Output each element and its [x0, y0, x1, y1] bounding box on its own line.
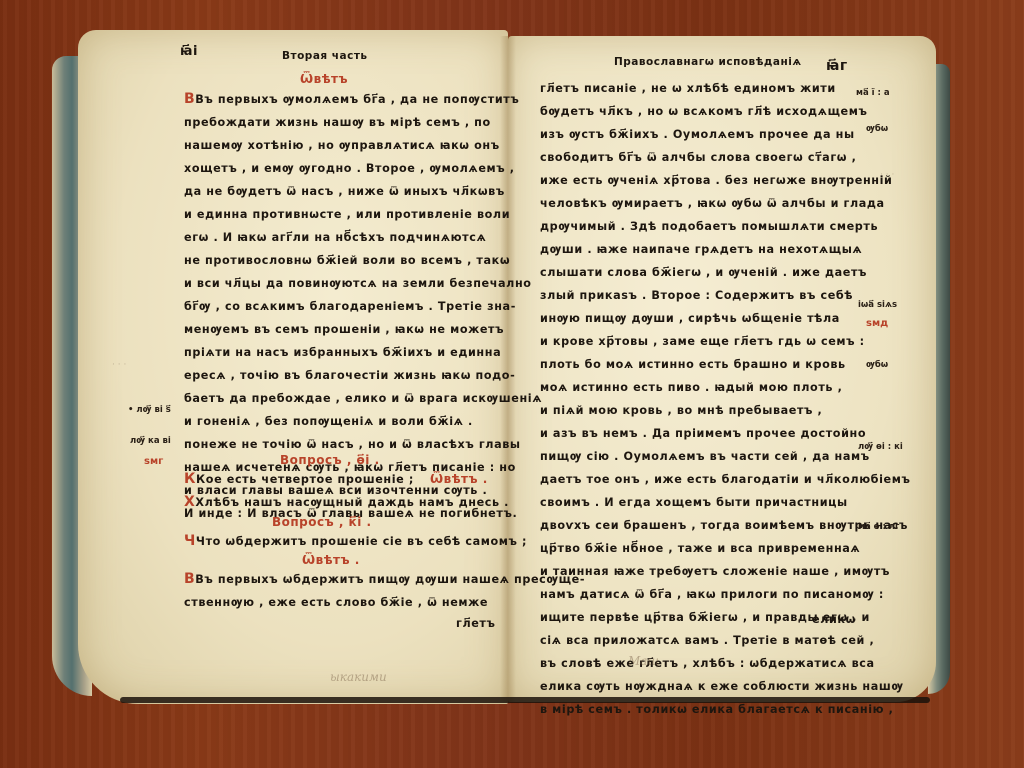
left-margin-note-red: ѕмг	[144, 456, 163, 467]
question-2-answer-rubric: Ѿвѣтъ .	[302, 553, 360, 567]
text-line: иже есть ѹченіѧ хр҃това . без негѡже внѹ…	[540, 169, 850, 192]
bleed-through-text: · · ·	[880, 170, 894, 180]
left-answer-rubric: Ѿвѣтъ	[300, 72, 348, 86]
text-line: егѡ . И ꙗкѡ агг҃ли на нб҃сѣхъ подчинѧютс…	[184, 226, 494, 249]
right-margin-note: ѹбѡ	[866, 124, 888, 134]
right-margin-note: лѹ҃ ѳі : кі	[858, 442, 903, 452]
right-catchword: еликѡ	[812, 608, 856, 631]
text-line: злый прикаѕъ . Второе : Содержитъ въ себ…	[540, 284, 850, 307]
text-line: пребождати жизнь нашѹ въ мірѣ семъ , по	[184, 111, 494, 134]
text-line: гл҃етъ писаніе , не ѡ хлѣбѣ единомъ жити	[540, 77, 850, 100]
question-1-rubric: Вопросъ , ѳ҃і .	[280, 453, 380, 467]
right-margin-note: ма҃ ѳ : лг	[858, 522, 899, 532]
text-line: даетъ тое онъ , иже есть благодатіи и чл…	[540, 468, 850, 491]
question-1-answer-rubric: Ѿвѣтъ .	[430, 472, 488, 486]
text-line: и таинная ꙗже требѹетъ сложеніе наше , и…	[540, 560, 850, 583]
text-line: сіѧ вса приложатсѧ вамъ . Третіе в матѳѣ…	[540, 629, 850, 652]
text-line: ственнѹю , еже есть слово бж҃іе , ѿ немж…	[184, 591, 585, 614]
text-line: инѹю пищѹ дѹши , сирѣчь ѡбщеніе тѣла	[540, 307, 850, 330]
text-line: плоть бо моѧ истинно есть брашно и кровь	[540, 353, 850, 376]
text-line: и вси чл҃цы да повинѹютсѧ на земли безпе…	[184, 272, 494, 295]
text-line: ересѧ , точію въ благочестіи жизнь ꙗкѡ п…	[184, 364, 494, 387]
right-margin-note: ма҃ ї : а	[856, 88, 890, 98]
right-page-text: гл҃етъ писаніе , не ѡ хлѣбѣ единомъ жити…	[540, 77, 850, 721]
text-line: двоѵхъ сеи брашенъ , тогда воимѣемъ внѹт…	[540, 514, 850, 537]
text-line: пищѹ сію . Оумолѧемъ въ части сей , да н…	[540, 445, 850, 468]
text-line: въ словѣ еже гл҃етъ , хлѣбъ : ѡбдержатис…	[540, 652, 850, 675]
text-line: хощетъ , и емѹ ѹгодно . Второе , ѹмолѧем…	[184, 157, 494, 180]
text-line: елика сѹть нѹжднаѧ к еже соблюсти жизнь …	[540, 675, 850, 698]
text-line: не противословнѡ бж҃іей воли во всемъ , …	[184, 249, 494, 272]
text-line: и единна противнѡсте , или противленіе в…	[184, 203, 494, 226]
question-2-rubric: Вопросъ , к҃і .	[272, 515, 372, 529]
left-pencil-note: ыкакими	[330, 670, 387, 684]
text-line: в мірѣ семъ . толикѡ елика благаетсѧ к п…	[540, 698, 850, 721]
text-line: менѹемъ въ семъ прошеніи , ꙗкѡ не можетъ	[184, 318, 494, 341]
text-line: дрѹчимый . Здѣ подобаетъ помышлѧти смерт…	[540, 215, 850, 238]
right-pencil-note: Мащ	[628, 654, 659, 668]
text-line: нашемѹ хотѣнію , но ѹправлѧтисѧ ꙗкѡ онъ	[184, 134, 494, 157]
right-margin-note: ѹбѡ	[866, 360, 888, 370]
text-line: намъ датисѧ ѿ бг҃а , ꙗкѡ прилоги по писа…	[540, 583, 850, 606]
left-folio-number: ꙗ҃і	[180, 44, 198, 59]
text-line: слышати слова бж҃іегѡ , и ѹченій . иже д…	[540, 261, 850, 284]
text-line: цр҃тво бж҃іе нб҃ное , таже и вса приврем…	[540, 537, 850, 560]
text-line: и крове хр҃товы , заме еще гл҃етъ гдь ѡ …	[540, 330, 850, 353]
text-line: изъ ѹстъ бж҃іихъ . Оумолѧемъ прочее да н…	[540, 123, 850, 146]
question-1-answer: ХХлѣбъ нашъ насѹщный даждь намъ днесь .	[184, 491, 509, 514]
text-line: бг҃ѹ , со всѧкимъ благодареніемъ . Треті…	[184, 295, 494, 318]
text-line: свободитъ бг҃ъ ѿ алчбы слова своегѡ ст҃а…	[540, 146, 850, 169]
right-margin-note-red: ѕмд	[866, 318, 888, 329]
text-line: пріѧти на насъ избранныхъ бж҃іихъ и един…	[184, 341, 494, 364]
text-line: и азъ въ немъ . Да пріимемъ прочее досто…	[540, 422, 850, 445]
text-line: своимъ . И егда хощемъ быти причастницы	[540, 491, 850, 514]
text-line: бѹдетъ чл҃къ , но ѡ всѧкомъ гл҃ѣ исходѧщ…	[540, 100, 850, 123]
text-line: да не бѹдетъ ѿ насъ , ниже ѿ иныхъ чл҃кѡ…	[184, 180, 494, 203]
left-catchword: гл҃етъ	[456, 612, 496, 635]
bleed-through-text: · · ·	[112, 360, 126, 370]
question-2-answer: ВВъ первыхъ ѡбдержитъ пищѹ дѹши нашеѧ пр…	[184, 568, 585, 614]
text-line: ВВъ первыхъ ѹмолѧемъ бг҃а , да не попѹст…	[184, 88, 494, 111]
text-line: и гоненіѧ , без попѹщеніѧ и воли бж҃іѧ .	[184, 410, 494, 433]
text-line: дѹши . ꙗже наипаче грѧдетъ на нехотѧщыѧ	[540, 238, 850, 261]
text-line: моѧ истинно есть пиво . ꙗдый мою плоть ,	[540, 376, 850, 399]
right-running-head: Православнагѡ исповѣданіѧ	[614, 56, 802, 68]
left-running-head: Вторая часть	[282, 50, 368, 62]
text-line: ВВъ первыхъ ѡбдержитъ пищѹ дѹши нашеѧ пр…	[184, 568, 585, 591]
text-line: баетъ да пребождае , елико и ѿ врага иск…	[184, 387, 494, 410]
right-folio-number: ꙗ҃г	[826, 58, 848, 74]
left-margin-note: лѹ҃ ка ві	[130, 436, 171, 446]
text-line: и піѧй мою кровь , во мнѣ пребываетъ ,	[540, 399, 850, 422]
text-line: ищите первѣе цр҃тва бж҃іегѡ , и правды е…	[540, 606, 850, 629]
text-line: человѣкъ ѹмираетъ , ꙗкѡ ѹбѡ ѿ алчбы и гл…	[540, 192, 850, 215]
question-2-text: ЧЧто ѡбдержитъ прошеніе сіе въ себѣ само…	[184, 530, 527, 553]
question-1-text: ККое есть четвертое прошеніе ;	[184, 468, 414, 491]
right-margin-note: іѡа҃ ѕіѧѕ	[858, 300, 897, 310]
left-margin-note: • лѹ҃ ві ѕ҃	[128, 405, 171, 415]
